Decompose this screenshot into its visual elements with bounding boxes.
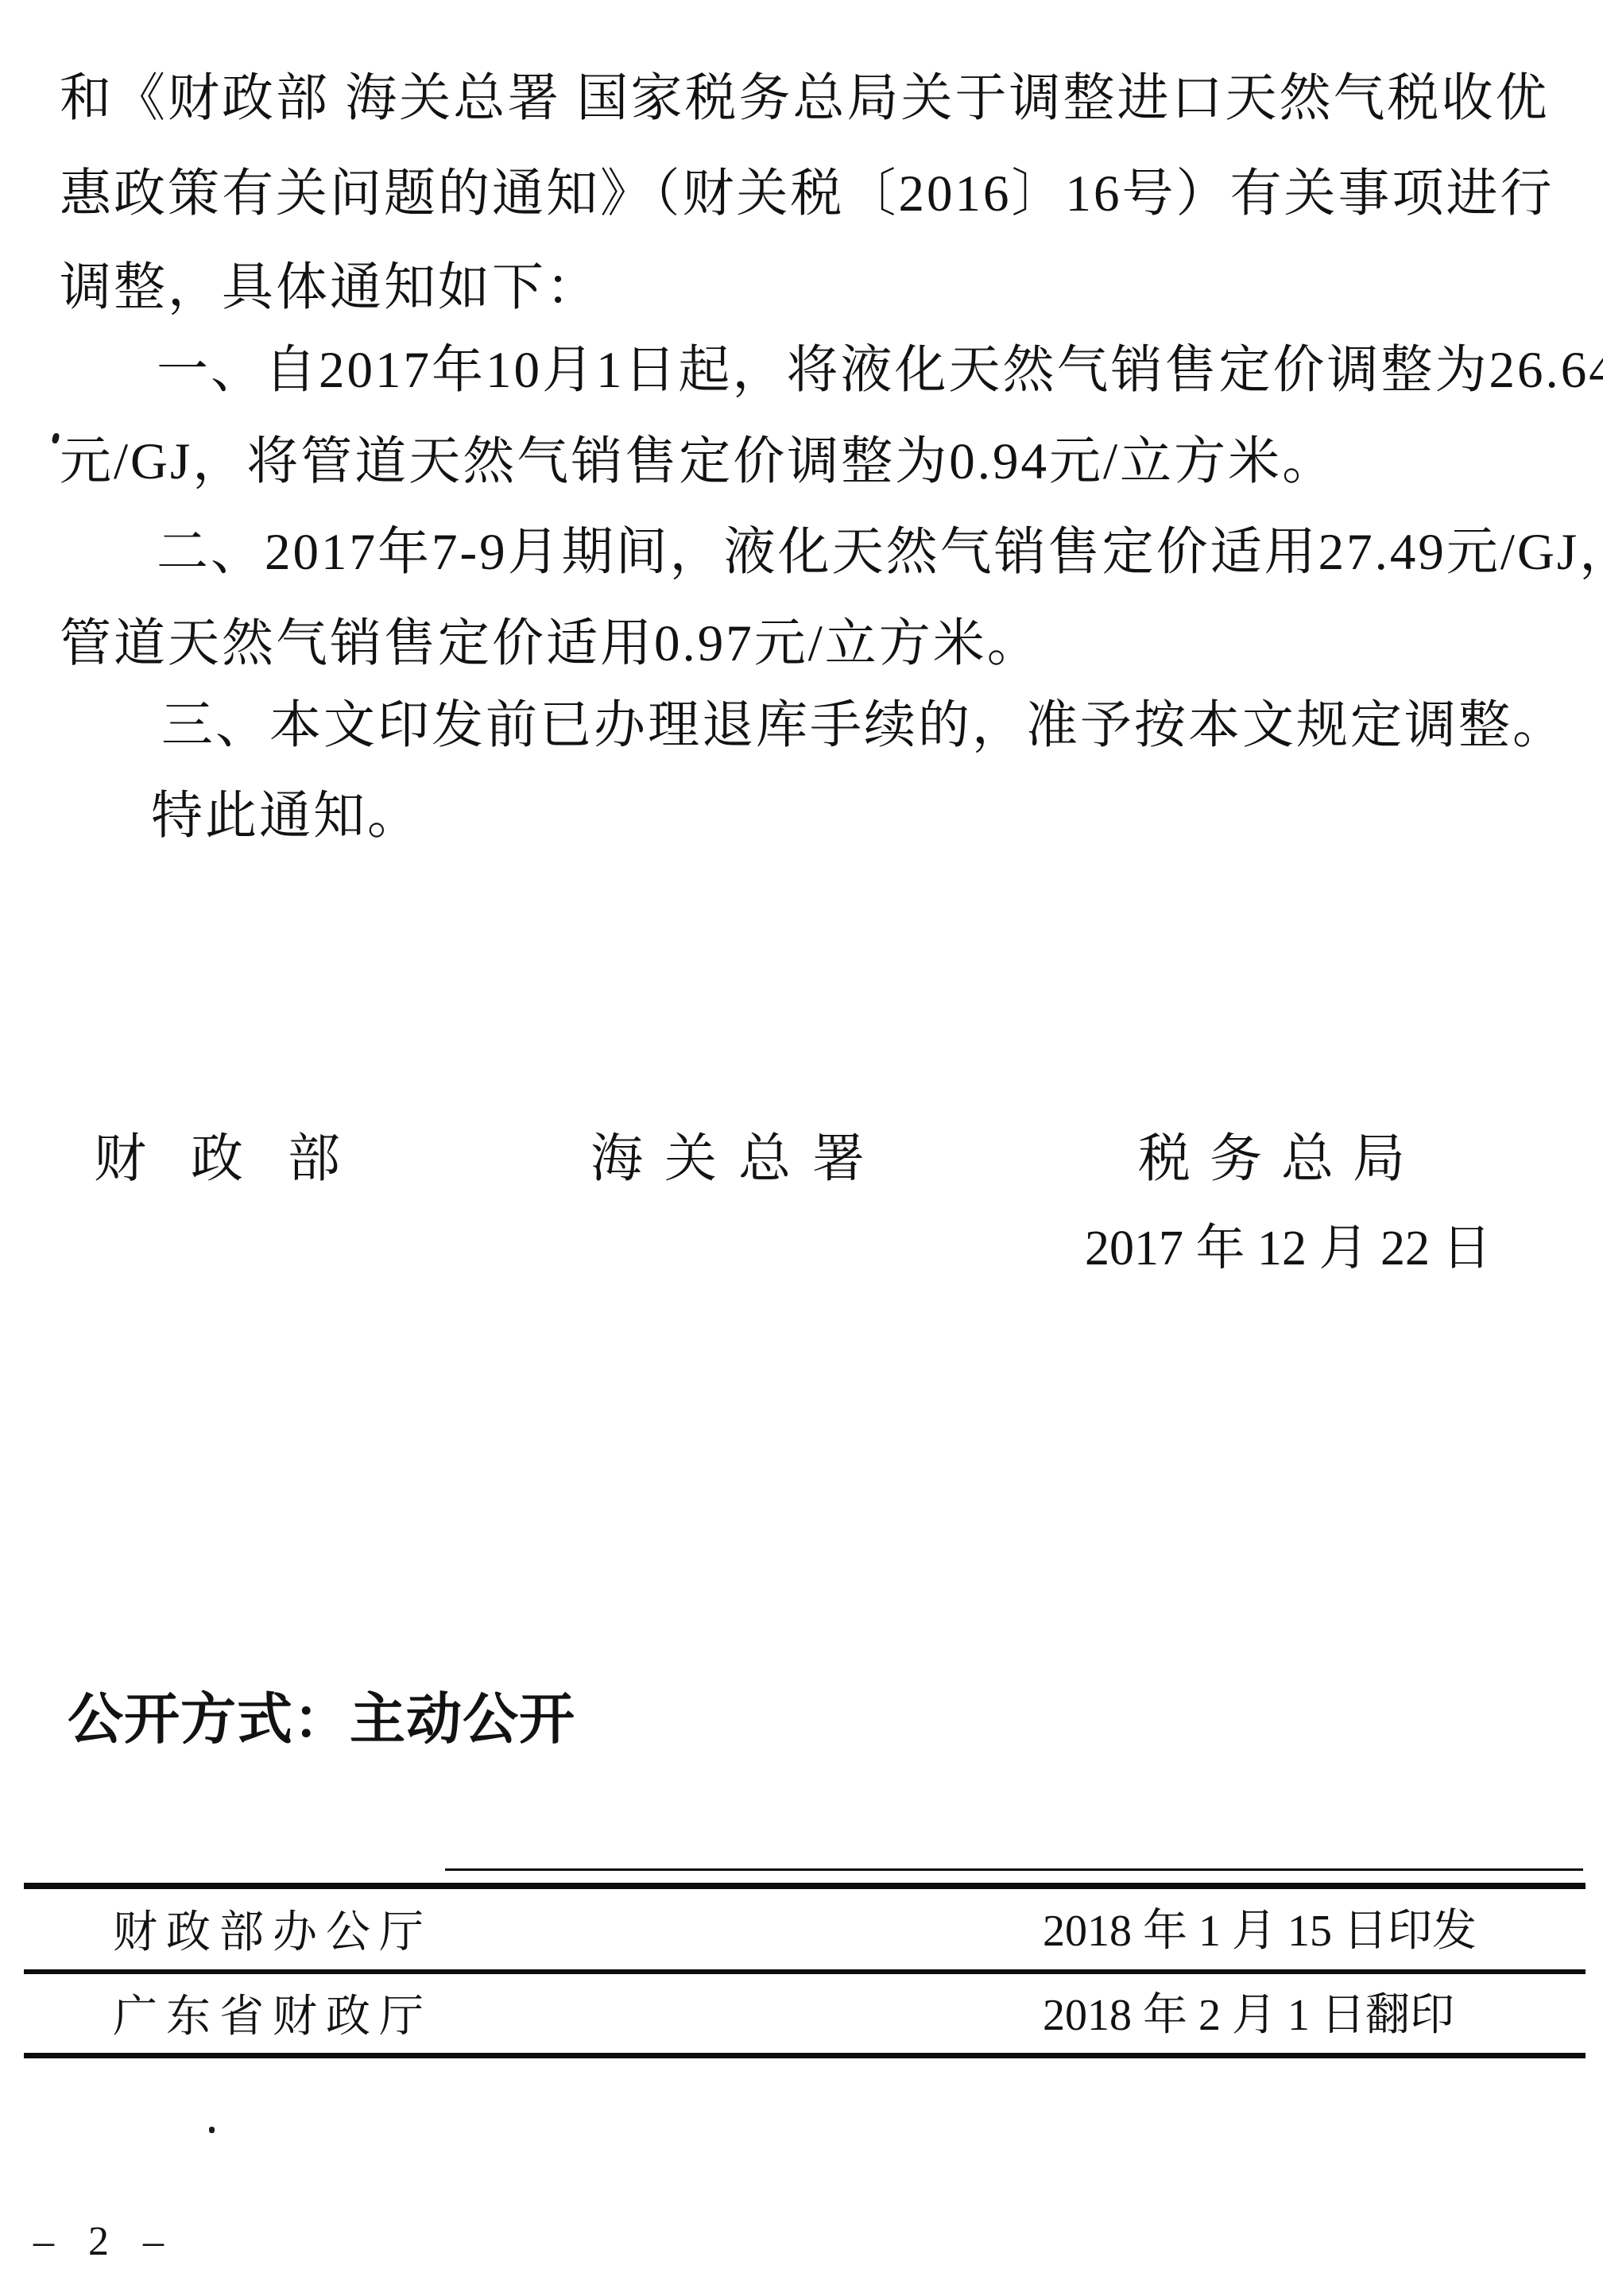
- scan-artifact-dot: [51, 432, 60, 444]
- body-line-9-closing: 特此通知。: [151, 791, 421, 842]
- signature-agency-finance-ministry: 财政部: [94, 1133, 385, 1186]
- table-bottom-rule: [24, 2053, 1586, 2058]
- body-line-4-item-one: 一、自2017年10月1日起，将液化天然气销售定价调整为26.64: [157, 345, 1603, 397]
- signature-date: 2017 年 12 月 22 日: [1085, 1224, 1492, 1273]
- body-line-6-item-two: 二、2017年7-9月期间，液化天然气销售定价适用27.49元/GJ，: [157, 527, 1603, 579]
- table-top-rule: [24, 1883, 1586, 1889]
- scan-artifact-dot: [209, 2127, 215, 2133]
- table-top-thin-rule: [445, 1868, 1583, 1871]
- signature-agency-customs: 海关总署: [590, 1133, 886, 1186]
- issuer-name-row1: 财政部办公厅: [113, 1911, 432, 1955]
- disclosure-method-label: 公开方式：主动公开: [68, 1693, 575, 1748]
- body-line-1: 和《财政部 海关总署 国家税务总局关于调整进口天然气税收优: [60, 73, 1550, 125]
- page-number: – 2 –: [33, 2221, 165, 2263]
- body-line-3: 调整，具体通知如下：: [60, 262, 600, 314]
- issuer-name-row2: 广东省财政厅: [113, 1995, 432, 2039]
- table-middle-rule: [24, 1969, 1586, 1974]
- issue-date-row1: 2018 年 1 月 15 日印发: [1043, 1909, 1477, 1953]
- body-line-2: 惠政策有关问题的通知》（财关税〔2016〕16号）有关事项进行: [60, 168, 1555, 220]
- scanned-notice-page: 和《财政部 海关总署 国家税务总局关于调整进口天然气税收优 惠政策有关问题的通知…: [0, 0, 1603, 2296]
- signature-agency-taxation: 税务总局: [1138, 1133, 1424, 1186]
- body-line-5: 元/GJ，将管道天然气销售定价调整为0.94元/立方米。: [60, 436, 1336, 488]
- body-line-8-item-three: 三、本文印发前已办理退库手续的，准予按本文规定调整。: [161, 700, 1566, 752]
- issue-date-row2: 2018 年 2 月 1 日翻印: [1043, 1993, 1454, 2038]
- body-line-7: 管道天然气销售定价适用0.97元/立方米。: [60, 618, 1041, 670]
